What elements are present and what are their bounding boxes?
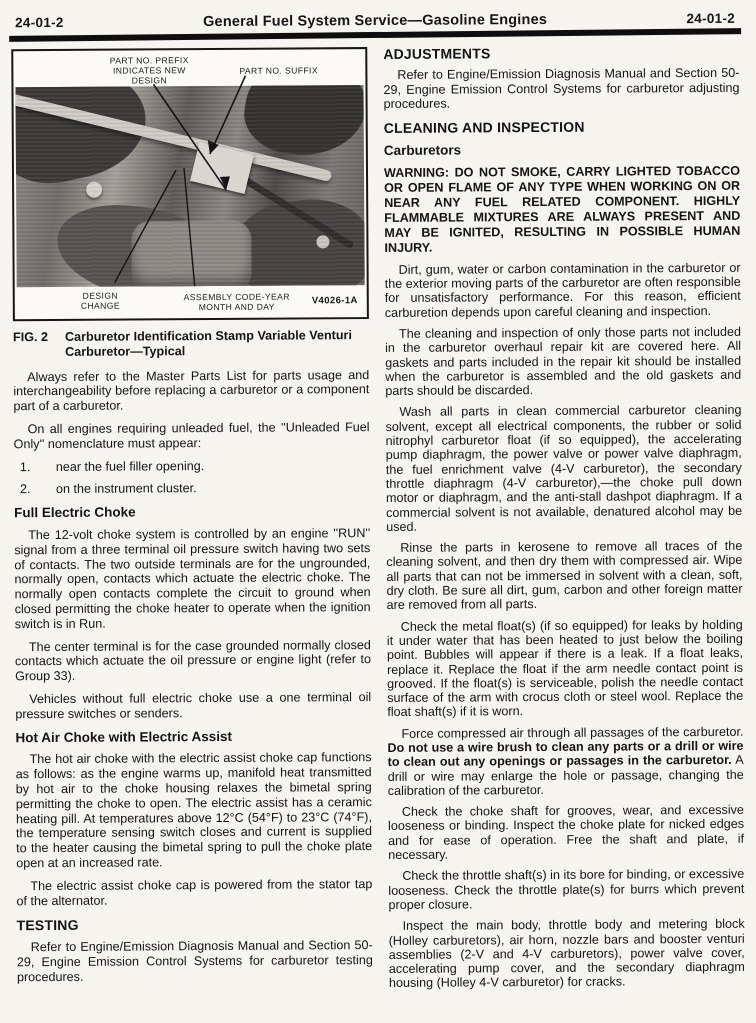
paragraph-vehicles-without-choke: Vehicles without full electric choke use… <box>15 690 371 722</box>
figure-caption: FIG. 2 Carburetor Identification Stamp V… <box>13 328 369 360</box>
manual-page: 24-01-2 General Fuel System Service—Gaso… <box>0 0 756 1023</box>
figure-leader-lines <box>13 49 367 315</box>
paragraph-electric-assist-cap: The electric assist choke cap is powered… <box>16 877 372 909</box>
page-number-left: 24-01-2 <box>15 15 64 30</box>
heading-hot-air-choke: Hot Air Choke with Electric Assist <box>15 729 371 746</box>
figure-2: PART NO. PREFIX INDICATES NEW DESIGN PAR… <box>11 47 369 360</box>
paragraph-check-choke-shaft: Check the choke shaft for grooves, wear,… <box>388 803 744 862</box>
paragraph-testing-refer: Refer to Engine/Emission Diagnosis Manua… <box>17 938 373 985</box>
heading-cleaning-and-inspection: CLEANING AND INSPECTION <box>384 119 740 135</box>
paragraph-hot-air-choke: The hot air choke with the electric assi… <box>16 750 373 871</box>
two-column-body: PART NO. PREFIX INDICATES NEW DESIGN PAR… <box>0 36 756 1000</box>
list-item: 1. near the fuel filler opening. <box>14 458 370 475</box>
list-item-text: near the fuel filler opening. <box>56 458 370 475</box>
list-item-number: 2. <box>14 482 56 497</box>
page-content: 24-01-2 General Fuel System Service—Gaso… <box>0 0 756 1000</box>
force-air-bold-warning: Do not use a wire brush to clean any par… <box>387 739 743 769</box>
list-item-text: on the instrument cluster. <box>56 480 370 497</box>
paragraph-master-parts: Always refer to the Master Parts List fo… <box>13 368 369 415</box>
page-title: General Fuel System Service—Gasoline Eng… <box>203 12 547 30</box>
paragraph-rinse-parts: Rinse the parts in kerosene to remove al… <box>386 539 742 613</box>
left-column: PART NO. PREFIX INDICATES NEW DESIGN PAR… <box>11 47 373 1000</box>
heading-carburetors: Carburetors <box>384 142 740 158</box>
figure-caption-text: Carburetor Identification Stamp Variable… <box>65 328 369 359</box>
warning-text: WARNING: DO NOT SMOKE, CARRY LIGHTED TOB… <box>384 164 741 256</box>
paragraph-center-terminal: The center terminal is for the case grou… <box>15 638 371 685</box>
paragraph-check-float: Check the metal float(s) (if so equipped… <box>387 617 744 719</box>
heading-testing: TESTING <box>17 916 373 933</box>
page-number-right: 24-01-2 <box>686 11 735 26</box>
page-header: 24-01-2 General Fuel System Service—Gaso… <box>0 0 753 31</box>
paragraph-inspect-main-body: Inspect the main body, throttle body and… <box>389 917 745 991</box>
right-column: ADJUSTMENTS Refer to Engine/Emission Dia… <box>383 45 745 998</box>
heading-full-electric-choke: Full Electric Choke <box>14 504 370 521</box>
heading-adjustments: ADJUSTMENTS <box>383 45 739 61</box>
paragraph-dirt-contamination: Dirt, gum, water or carbon contamination… <box>385 261 741 320</box>
paragraph-wash-parts: Wash all parts in clean commercial carbu… <box>385 403 742 534</box>
list-item: 2. on the instrument cluster. <box>14 480 370 497</box>
figure-caption-label: FIG. 2 <box>13 330 65 360</box>
unleaded-location-list: 1. near the fuel filler opening. 2. on t… <box>14 458 370 498</box>
list-item-number: 1. <box>14 460 56 475</box>
paragraph-cleaning-inspection-scope: The cleaning and inspection of only thos… <box>385 325 741 399</box>
paragraph-choke-system: The 12-volt choke system is controlled b… <box>14 526 371 632</box>
paragraph-force-compressed-air: Force compressed air through all passage… <box>387 724 743 798</box>
paragraph-unleaded-fuel: On all engines requiring unleaded fuel, … <box>14 420 370 452</box>
paragraph-adjustments-refer: Refer to Engine/Emission Diagnosis Manua… <box>383 66 739 111</box>
paragraph-check-throttle-shaft: Check the throttle shaft(s) in its bore … <box>388 867 744 912</box>
figure-2-frame: PART NO. PREFIX INDICATES NEW DESIGN PAR… <box>11 47 369 321</box>
